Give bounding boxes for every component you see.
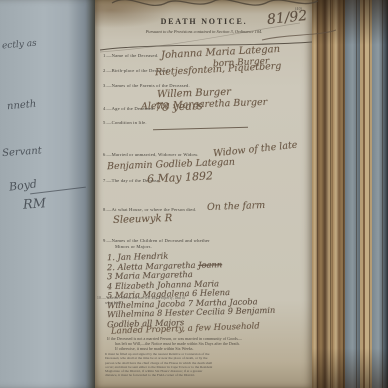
top-scrawl-handwriting <box>112 0 318 5</box>
field-label-property-2: what kind. <box>105 301 123 305</box>
field-label-condition: 5.—Condition in life. <box>103 120 147 125</box>
field-label-age: 4.—Age of the Deceased. <box>103 106 155 111</box>
field-value-place-1: On the farm <box>207 200 266 213</box>
field-value-place-2: Sleeuwyk R <box>113 213 173 226</box>
signature-flourish <box>30 187 86 195</box>
field-label-married: 6.—Married or unmarried, Widower or Wido… <box>103 152 199 157</box>
handwritten-flourishes-svg <box>0 0 388 60</box>
left-page-handwriting-fragment: t Servant <box>0 145 42 159</box>
field-value-day-of-decease: 6 May 1892 <box>147 169 214 185</box>
fine-print-line: distance, it must be forwarded to the Fi… <box>105 373 212 377</box>
field-value-birthplace: Rietjesfontein, Piquetberg <box>155 61 282 79</box>
field-label-parents: 3.—Names of the Parents of the Deceased. <box>103 83 190 88</box>
fine-print-notice-3: If otherwise, it must be made within Six… <box>115 346 194 351</box>
field-label-place-of-death: 8.—At what House, or where the Person di… <box>103 207 196 212</box>
fine-print-paragraph: It must be filled up and signed by the n… <box>105 352 212 378</box>
archival-book-photo: ectly as nneth t Servant Boyd RM (40) 81… <box>0 0 388 388</box>
field-label-property-1: 10.—Whether Deceased has left any Proper… <box>97 296 186 300</box>
fine-print-line: Deceased, who shall at the time be at or… <box>105 356 212 360</box>
signature-handwriting: Boyd <box>8 177 37 193</box>
reference-underline-flourish <box>262 30 336 40</box>
field-label-children-2: Minors or Majors. <box>115 244 152 249</box>
left-page-handwriting-fragment: nneth <box>7 99 37 113</box>
field-label-children-1: 9.—Names of the Children of Deceased and… <box>103 238 210 243</box>
field-value-age: 78 years <box>155 99 203 114</box>
blank-answer-line <box>153 127 248 130</box>
initials-handwriting: RM <box>23 196 47 213</box>
children-list-handwriting: 1. Jan Hendrik 2. Aletta Margaretha Joan… <box>107 250 275 326</box>
field-value-married-2: Benjamin Godlieb Lategan <box>107 157 235 172</box>
